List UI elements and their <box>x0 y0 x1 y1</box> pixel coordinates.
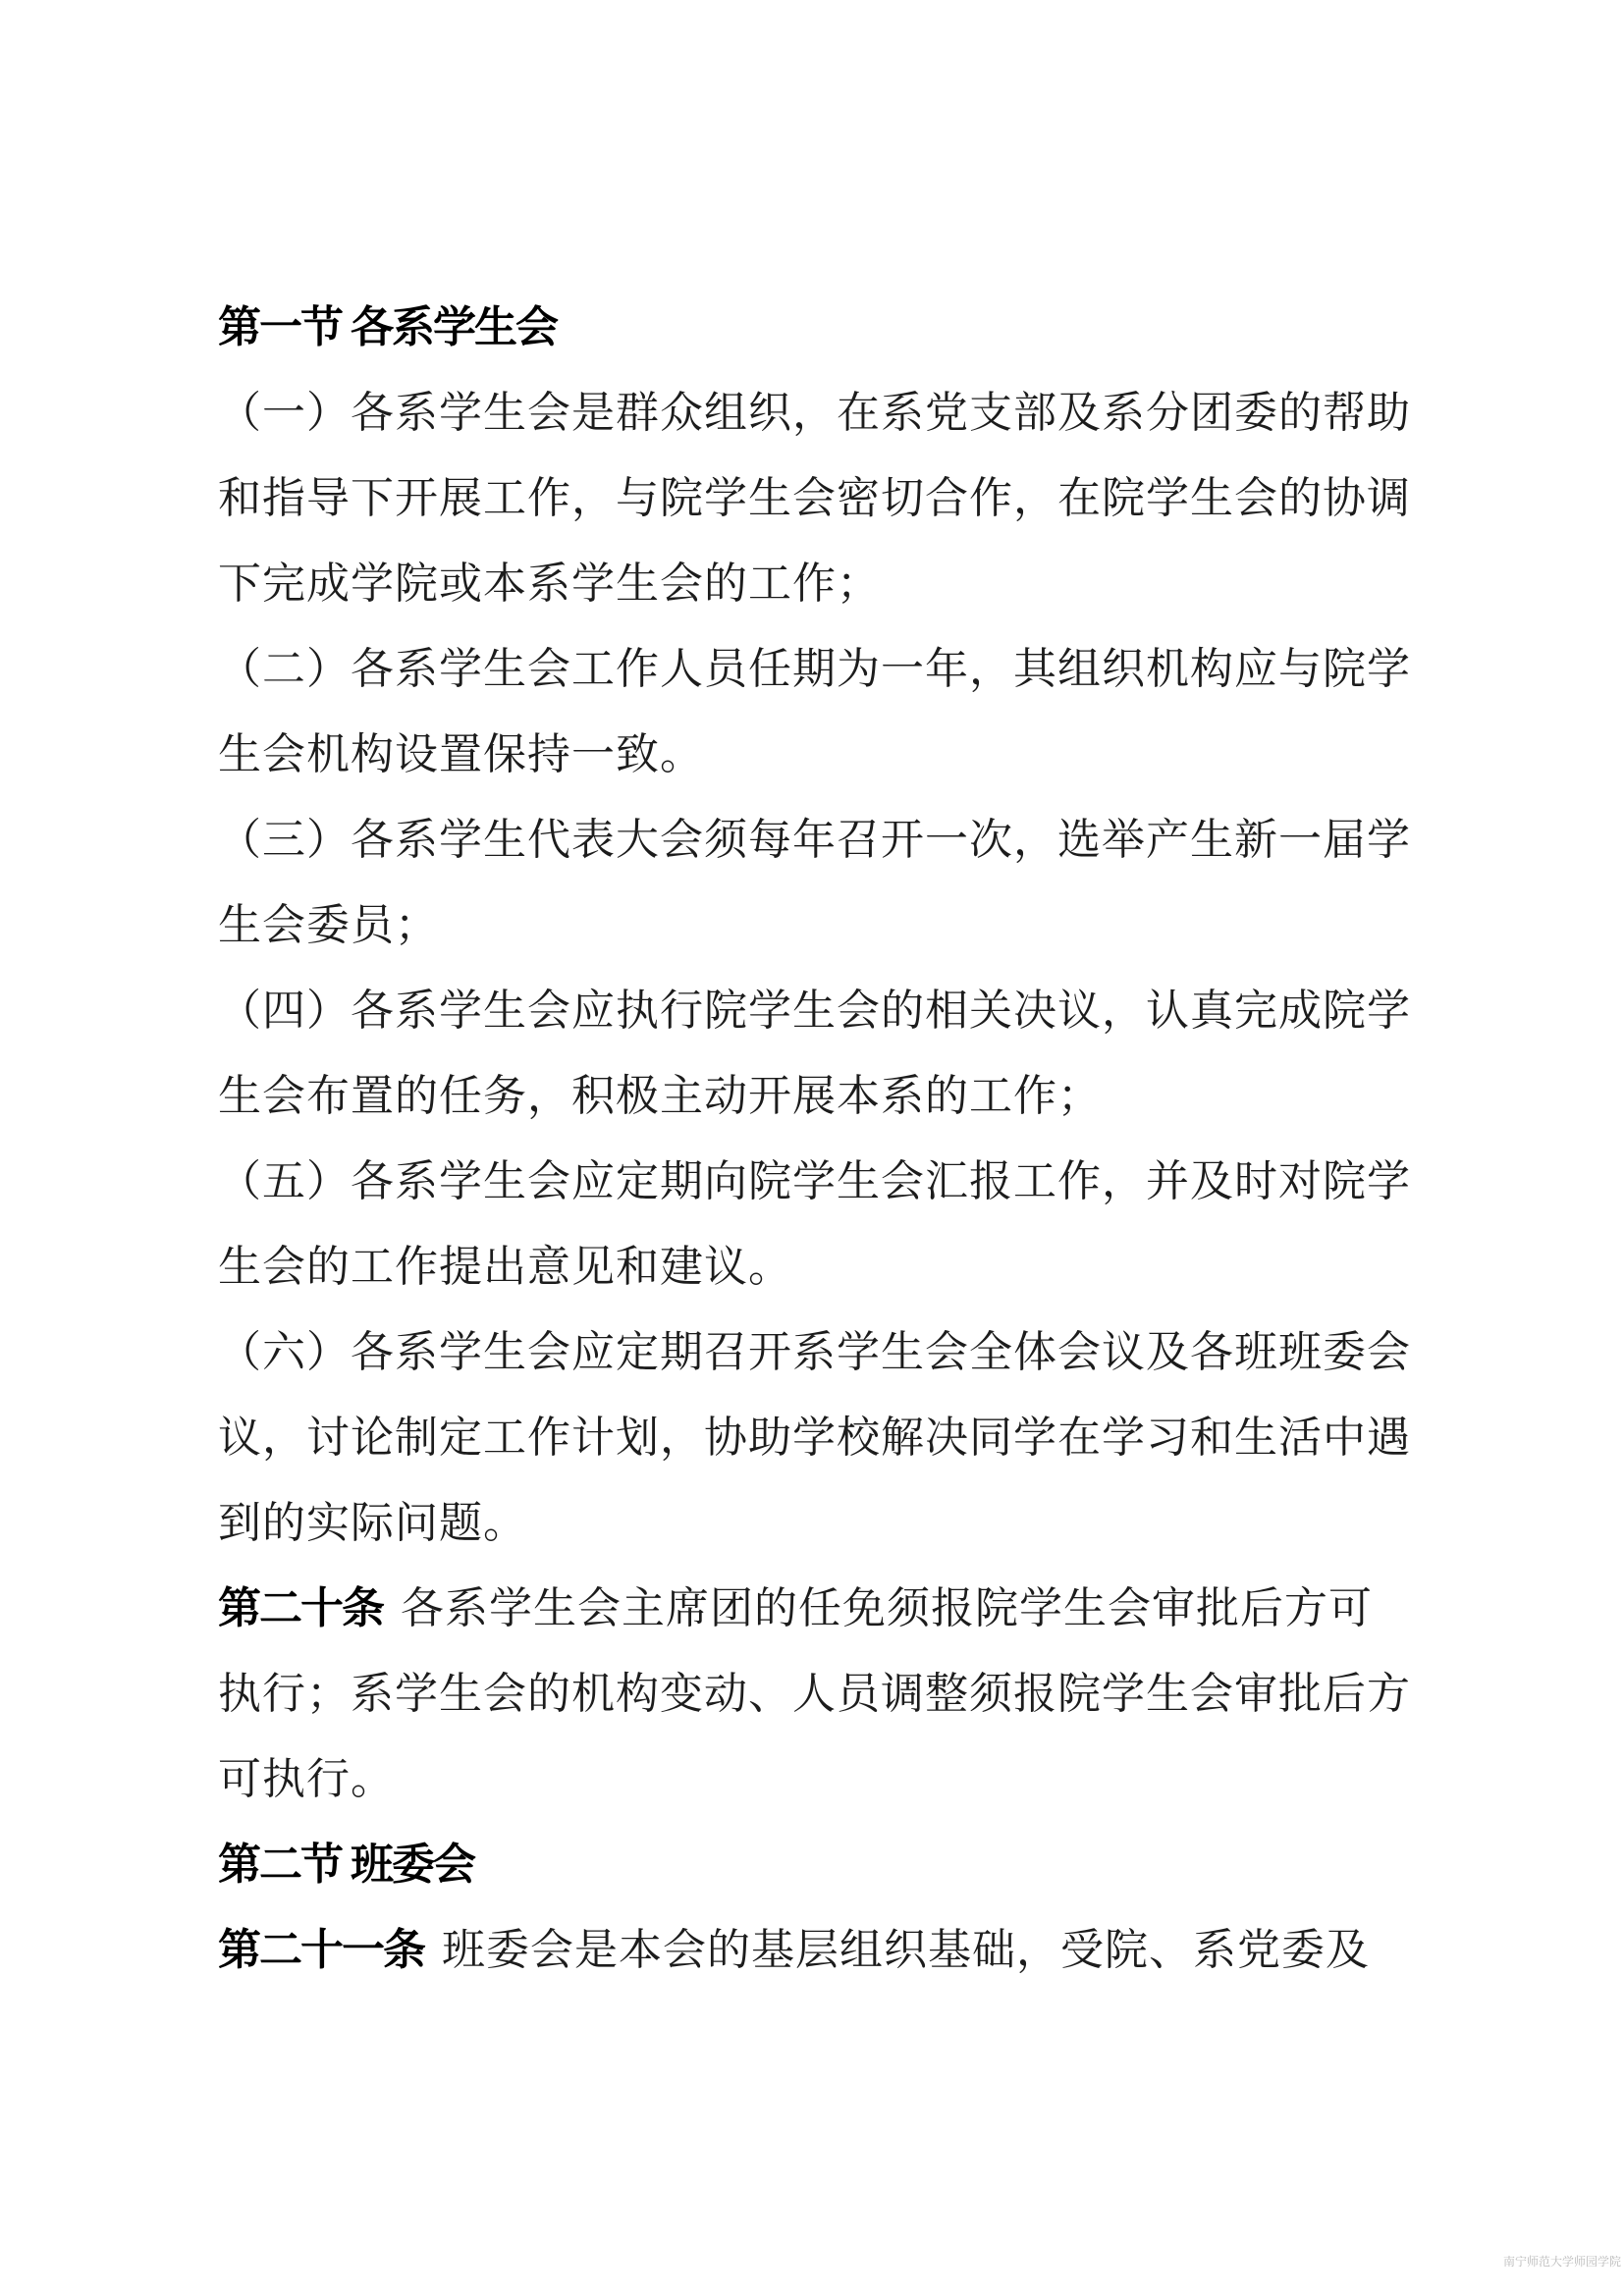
text-line: （五）各系学生会应定期向院学生会汇报工作，并及时对院学 <box>218 1139 1435 1224</box>
section-heading: 第一节 各系学生会 <box>218 285 1435 370</box>
text-line: 下完成学院或本系学生会的工作； <box>218 541 1435 626</box>
text-line: 生会机构设置保持一致。 <box>218 712 1435 797</box>
article-number: 第二十一条 <box>218 1926 424 1974</box>
text-line: （四）各系学生会应执行院学生会的相关决议，认真完成院学 <box>218 968 1435 1053</box>
text-line: 生会布置的任务，积极主动开展本系的工作； <box>218 1053 1435 1139</box>
document-body: 第一节 各系学生会（一）各系学生会是群众组织，在系党支部及系分团委的帮助和指导下… <box>218 285 1435 1993</box>
text-line: 可执行。 <box>218 1736 1435 1822</box>
text-line: 议，讨论制定工作计划，协助学校解决同学在学习和生活中遇 <box>218 1395 1435 1480</box>
text-line: 和指导下开展工作，与院学生会密切合作，在院学生会的协调 <box>218 455 1435 541</box>
section-heading: 第二节 班委会 <box>218 1822 1435 1907</box>
text-line: （二）各系学生会工作人员任期为一年，其组织机构应与院学 <box>218 626 1435 712</box>
text-line: 生会的工作提出意见和建议。 <box>218 1224 1435 1309</box>
document-page: 第一节 各系学生会（一）各系学生会是群众组织，在系党支部及系分团委的帮助和指导下… <box>0 0 1624 2296</box>
article-line: 第二十一条班委会是本会的基层组织基础，受院、系党委及 <box>218 1907 1435 1993</box>
text-line: 到的实际问题。 <box>218 1480 1435 1566</box>
text-line: （三）各系学生代表大会须每年召开一次，选举产生新一届学 <box>218 797 1435 882</box>
watermark: 南宁师范大学师园学院 <box>1503 2254 1621 2269</box>
text-line: （六）各系学生会应定期召开系学生会全体会议及各班班委会 <box>218 1309 1435 1395</box>
text-line: 执行；系学生会的机构变动、人员调整须报院学生会审批后方 <box>218 1651 1435 1736</box>
article-line: 第二十条各系学生会主席团的任免须报院学生会审批后方可 <box>218 1566 1435 1651</box>
text-line: 生会委员； <box>218 882 1435 968</box>
article-number: 第二十条 <box>218 1584 383 1632</box>
text-line: （一）各系学生会是群众组织，在系党支部及系分团委的帮助 <box>218 370 1435 455</box>
